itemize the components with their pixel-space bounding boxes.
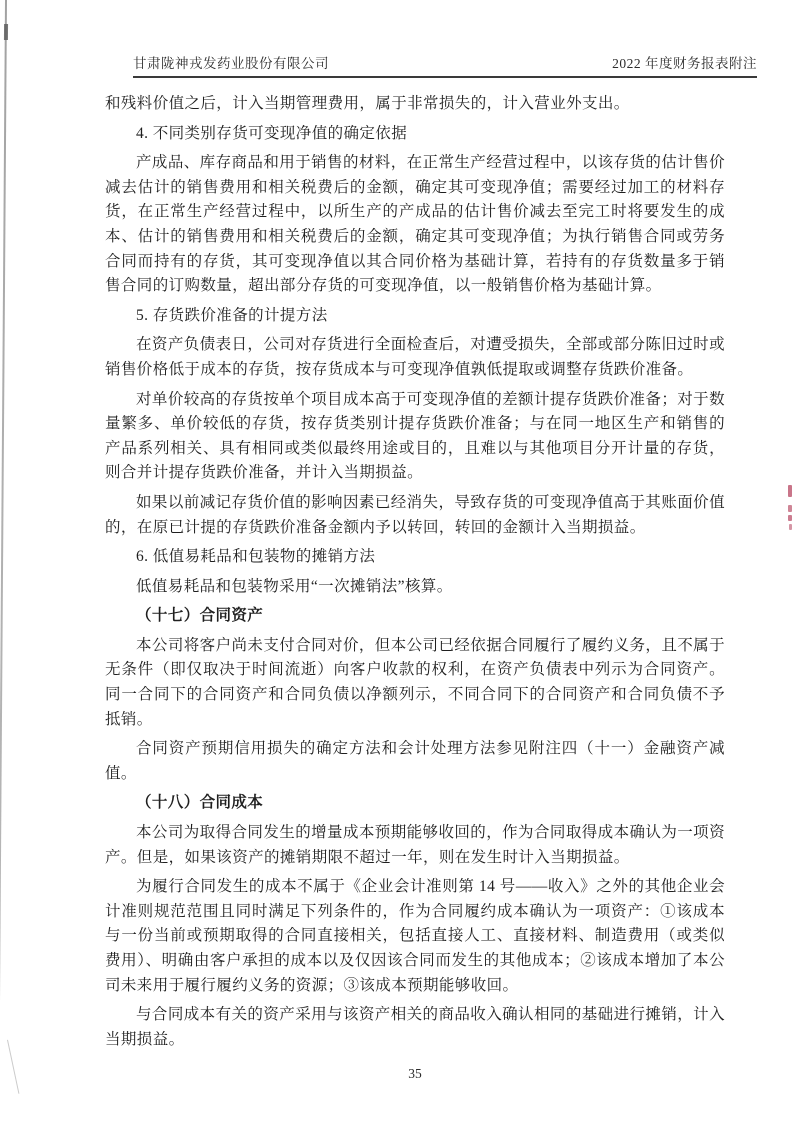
section-heading: 5. 存货跌价准备的计提方法 [105, 304, 725, 329]
paragraph: 低值易耗品和包装物采用“一次摊销法”核算。 [105, 575, 725, 600]
section-heading: 6. 低值易耗品和包装物的摊销方法 [105, 545, 725, 570]
paragraph: 如果以前减记存货价值的影响因素已经消失，导致存货的可变现净值高于其账面价值的，在… [105, 491, 725, 540]
paragraph: 对单价较高的存货按单个项目成本高于可变现净值的差额计提存货跌价准备；对于数量繁多… [105, 388, 725, 486]
document-body: 和残料价值之后，计入当期管理费用，属于非常损失的，计入营业外支出。4. 不同类别… [105, 92, 725, 1057]
red-ink-mark [788, 515, 792, 521]
red-ink-mark [789, 524, 792, 530]
report-title: 2022 年度财务报表附注 [612, 52, 757, 72]
scan-edge-smudge [4, 24, 8, 40]
paragraph: 为履行合同发生的成本不属于《企业会计准则第 14 号——收入》之外的其他企业会计… [105, 875, 725, 998]
paragraph: 本公司为取得合同发生的增量成本预期能够收回的，作为合同取得成本确认为一项资产。但… [105, 821, 725, 870]
page-number: 35 [408, 1066, 422, 1081]
paragraph: 本公司将客户尚未支付合同对价，但本公司已经依据合同履行了履约义务，且不属于无条件… [105, 634, 725, 732]
page-header: 甘肃陇神戎发药业股份有限公司 2022 年度财务报表附注 [133, 52, 757, 72]
red-ink-mark [788, 505, 792, 512]
red-ink-mark [788, 485, 792, 497]
scan-edge-hook-artifact [7, 1040, 19, 1094]
paragraph: 和残料价值之后，计入当期管理费用，属于非常损失的，计入营业外支出。 [105, 92, 725, 117]
paragraph: 在资产负债表日，公司对存货进行全面检查后，对遭受损失，全部或部分陈旧过时或销售价… [105, 333, 725, 382]
document-page: 甘肃陇神戎发药业股份有限公司 2022 年度财务报表附注 和残料价值之后，计入当… [0, 0, 793, 1122]
page-footer: 35 [105, 1066, 725, 1082]
section-heading: （十八）合同成本 [105, 791, 725, 816]
company-name: 甘肃陇神戎发药业股份有限公司 [133, 52, 329, 72]
paragraph: 产成品、库存商品和用于销售的材料，在正常生产经营过程中，以该存货的估计售价减去估… [105, 151, 725, 299]
section-heading: 4. 不同类别存货可变现净值的确定依据 [105, 122, 725, 147]
scan-edge-artifact [0, 0, 7, 1100]
section-heading: （十七）合同资产 [105, 604, 725, 629]
paragraph: 合同资产预期信用损失的确定方法和会计处理方法参见附注四（十一）金融资产减值。 [105, 737, 725, 786]
paragraph: 与合同成本有关的资产采用与该资产相关的商品收入确认相同的基础进行摊销，计入当期损… [105, 1003, 725, 1052]
header-rule [133, 76, 757, 78]
